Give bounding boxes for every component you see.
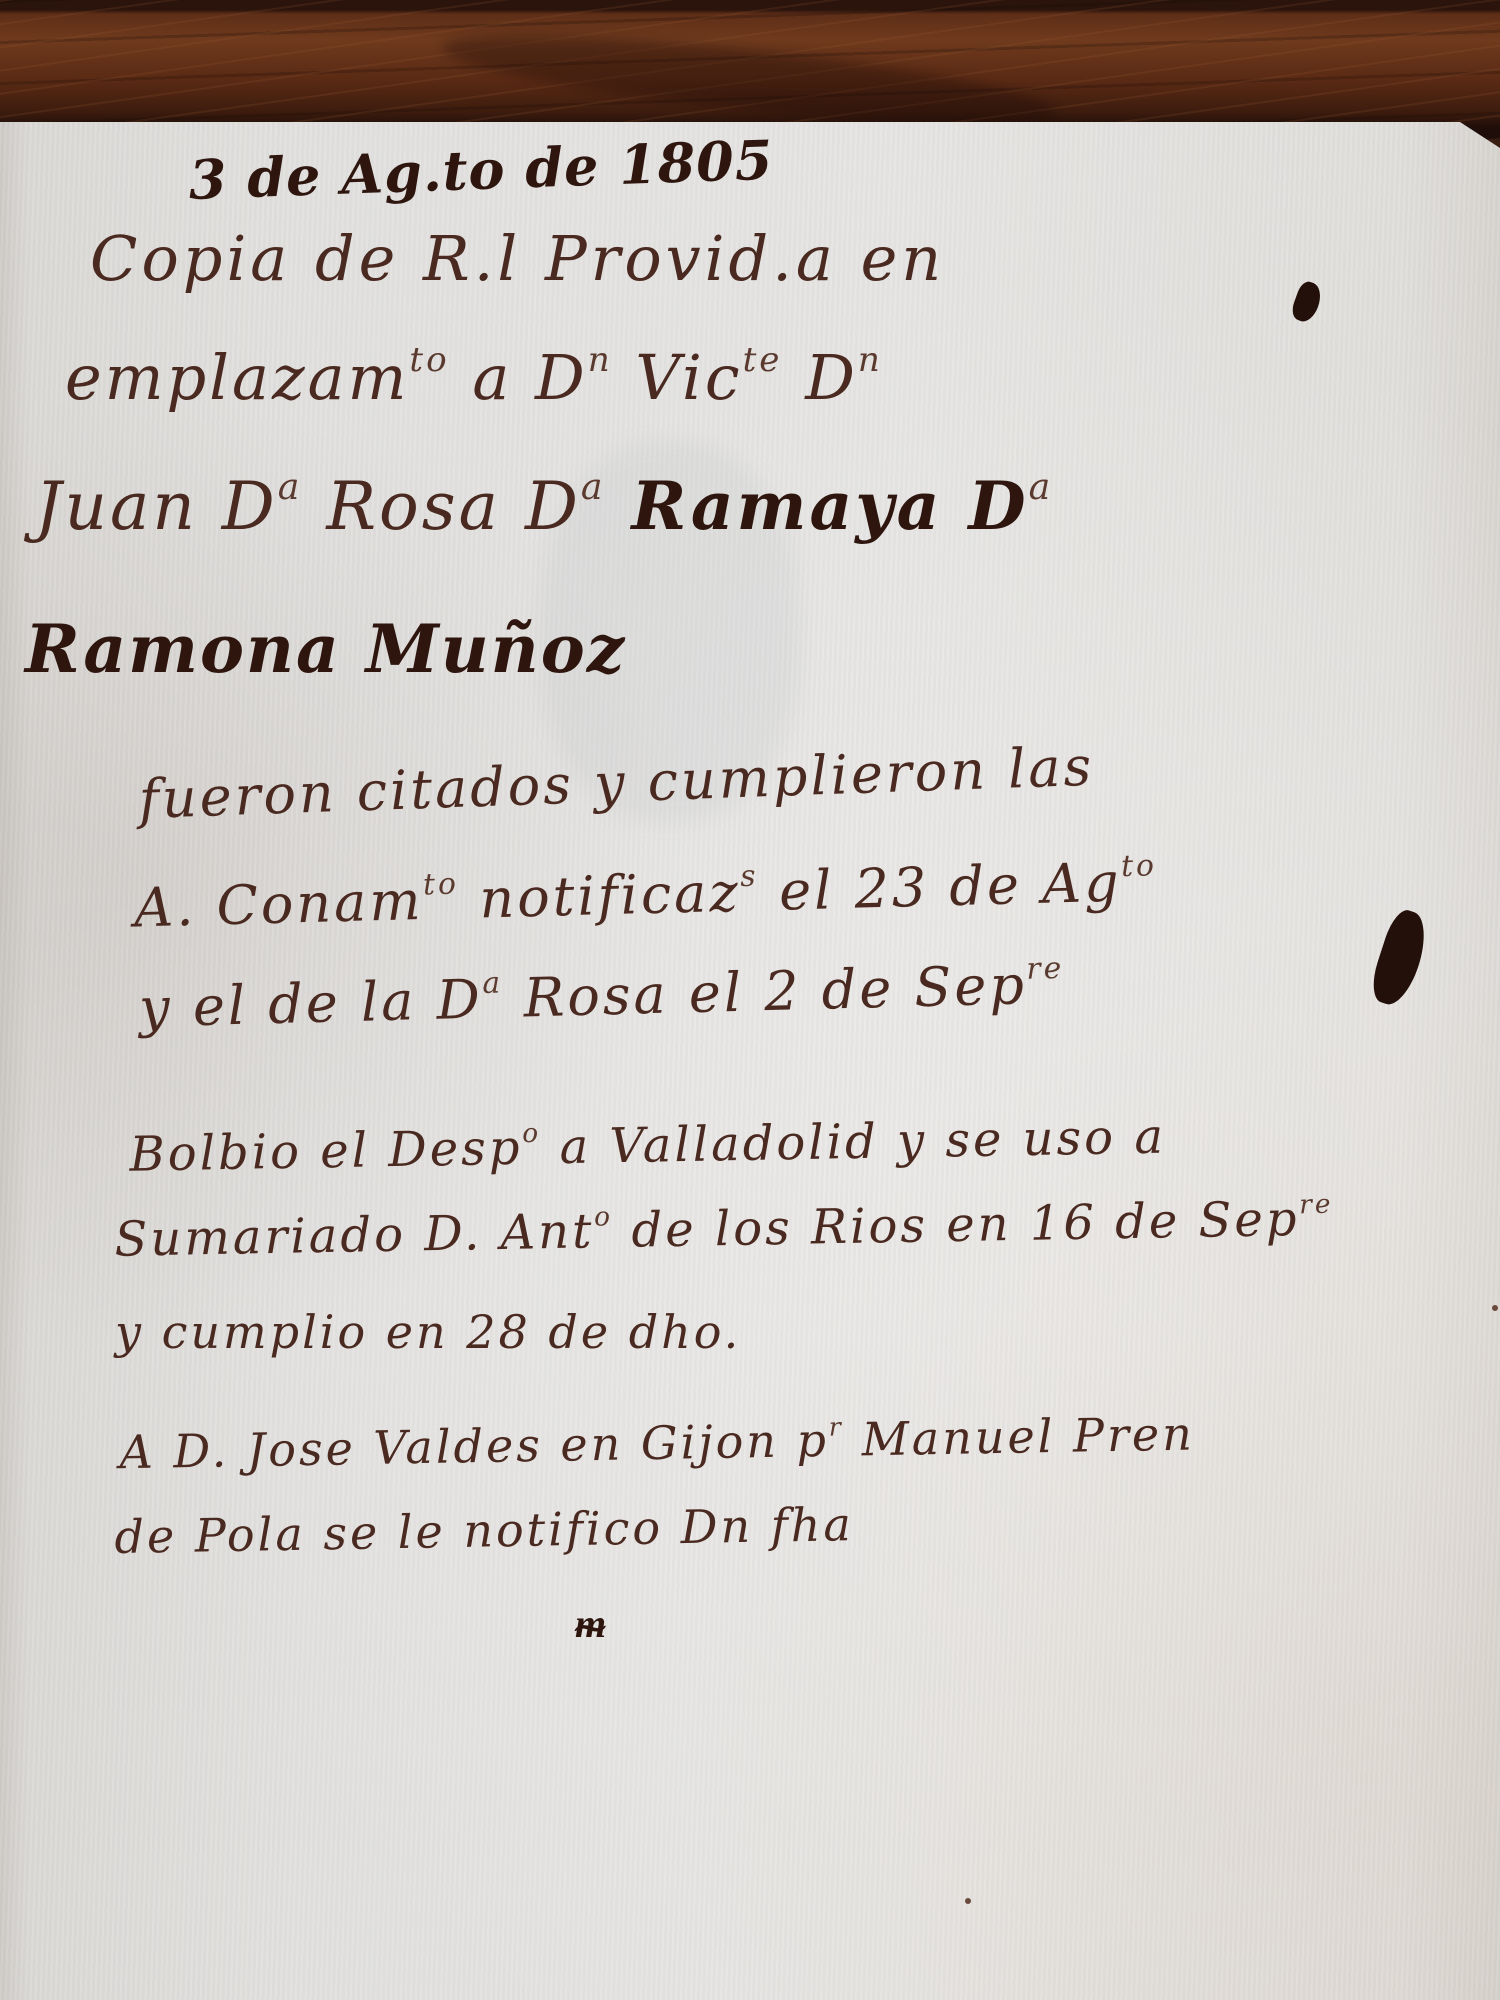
title-line-3: Juan Da Rosa Da Ramaya Da [35,465,1053,545]
superscript: re [1299,1189,1334,1221]
body-line-complied: y cumplio en 28 de dho. [115,1305,741,1359]
title-word-don: a D [450,341,588,414]
superscript: s [740,859,759,894]
body-text: y el de la D [138,968,483,1040]
title-line-1: Copia de R.l Provid.a en [90,222,945,295]
superscript: to [423,867,460,903]
superscript: a [581,465,606,508]
body-text: Sumariado D. Ant [114,1203,595,1267]
title-word-don-2: D [782,341,857,414]
superscript: n [588,340,613,380]
superscript: o [522,1118,541,1149]
title-text-1: Copia de R.l Provid.a en [90,222,945,295]
body-text: el 23 de Ag [758,851,1122,923]
body-text: de los Rios en 16 de Sep [613,1191,1300,1259]
superscript: a [1029,465,1054,508]
title-word-emplazam: emplazam [65,341,409,414]
superscript: te [743,340,783,380]
body-text: y cumplio en 28 de dho. [115,1305,741,1359]
superscript: a [278,465,303,508]
name-rosa: Rosa D [302,468,581,545]
body-text: A. Conam [133,869,424,940]
superscript: a [482,965,504,1001]
body-text: Bolbio el Desp [129,1120,523,1183]
name-ramaya: Ramaya D [606,467,1029,545]
superscript: to [1121,848,1158,884]
body-text: a Valladolid y se uso a [541,1109,1167,1176]
wooden-surface [0,0,1500,140]
superscript: n [858,340,883,380]
superscript: to [409,340,449,380]
superscript: o [594,1201,613,1232]
ink-speck [1492,1305,1498,1311]
flourish-mark: ᵯ [575,1600,607,1647]
closing-flourish: ᵯ [575,1600,607,1647]
superscript: re [1026,951,1065,987]
name-juan: Juan D [35,468,278,545]
manuscript-photo: 3 de Ag.to de 1805 Copia de R.l Provid.a… [0,0,1500,2000]
superscript: r [828,1412,844,1441]
title-line-4: Ramona Muñoz [25,610,626,688]
body-text: notificaz [458,861,741,931]
body-text: Manuel Pren [844,1407,1196,1467]
ink-speck [965,1898,971,1904]
title-line-2: emplazamto a Dn Victe Dn [65,340,883,414]
name-ramona: Ramona Muñoz [25,610,626,688]
title-word-vic: Vic [613,341,743,414]
